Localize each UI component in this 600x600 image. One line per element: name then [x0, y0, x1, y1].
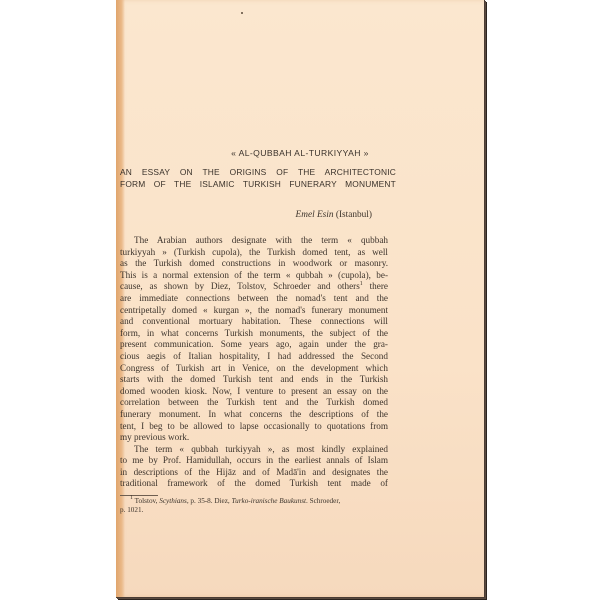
body-line: as the Turkish domed constructions in wo…	[120, 258, 388, 270]
footnote-line: p. 1021.	[120, 506, 392, 515]
body-line: Congress of Turkish art in Venice, on th…	[120, 363, 388, 375]
footnote-text: , p. 35-8. Diez,	[187, 497, 230, 505]
body-line: The term « qubbah turkiyyah », as most k…	[120, 444, 388, 456]
body-line: cious aegis of Italian hospitality, I ha…	[120, 351, 388, 363]
subtitle-line: AN ESSAY ON THE ORIGINS OF THE ARCHITECT…	[120, 166, 396, 178]
footnote-divider	[120, 495, 158, 496]
body-line: This is a normal extension of the term «…	[120, 270, 388, 282]
body-line: The Arabian authors designate with the t…	[120, 235, 388, 247]
footnote-text: . Schroeder,	[306, 497, 340, 505]
article-subtitle: AN ESSAY ON THE ORIGINS OF THE ARCHITECT…	[120, 166, 396, 190]
document-page: « AL-QUBBAH AL-TURKIYYAH » AN ESSAY ON T…	[116, 0, 485, 598]
body-line: to me by Prof. Hamidullah, occurs in the…	[120, 455, 388, 467]
body-line: centripetally domed « kurgan », the noma…	[120, 305, 388, 317]
paper-speck	[241, 12, 243, 14]
footnote-line: 1 Tolstov, Scythians, p. 35-8. Diez, Tur…	[120, 497, 392, 506]
body-line: cause, as shown by Diez, Tolstov, Schroe…	[120, 281, 388, 293]
body-line-text: there	[370, 281, 388, 291]
body-line: form, in what concerns Turkish monuments…	[120, 328, 388, 340]
author-byline: Emel Esin (Istanbul)	[296, 210, 372, 220]
author-affiliation: (Istanbul)	[336, 210, 372, 220]
article-heading: « AL-QUBBAH AL-TURKIYYAH »	[116, 148, 484, 158]
body-line: correlation between the Turkish tent and…	[120, 397, 388, 409]
body-line: turkiyyah » (Turkish cupola), the Turkis…	[120, 247, 388, 259]
body-line: in descriptions of the Hijāz and of Madā…	[120, 467, 388, 479]
body-line: are immediate connections between the no…	[120, 293, 388, 305]
body-line: starts with the domed Turkish tent and e…	[120, 374, 388, 386]
body-line: funerary monument. In what concerns the …	[120, 409, 388, 421]
footnote: 1 Tolstov, Scythians, p. 35-8. Diez, Tur…	[120, 497, 392, 515]
body-line: and conventional mortuary habitation. Th…	[120, 316, 388, 328]
body-line: domed wooden kiosk. Now, I venture to pr…	[120, 386, 388, 398]
body-line: tent, I beg to be allowed to lapse occas…	[120, 421, 388, 433]
body-line: present communication. Some years ago, a…	[120, 339, 388, 351]
body-line: my previous work.	[120, 432, 388, 444]
footnote-title: Turko-iranische Baukunst	[232, 497, 306, 505]
body-line-text: cause, as shown by Diez, Tolstov, Schroe…	[120, 281, 360, 291]
subtitle-line: FORM OF THE ISLAMIC TURKISH FUNERARY MON…	[120, 178, 396, 190]
footnote-text: Tolstov,	[135, 497, 158, 505]
footnote-title: Scythians	[159, 497, 187, 505]
body-text: The Arabian authors designate with the t…	[120, 235, 388, 490]
author-name: Emel Esin	[296, 210, 334, 220]
body-line: traditional framework of the domed Turki…	[120, 478, 388, 490]
footnote-reference[interactable]: 1	[360, 281, 363, 287]
footnote-marker: 1	[130, 495, 133, 501]
